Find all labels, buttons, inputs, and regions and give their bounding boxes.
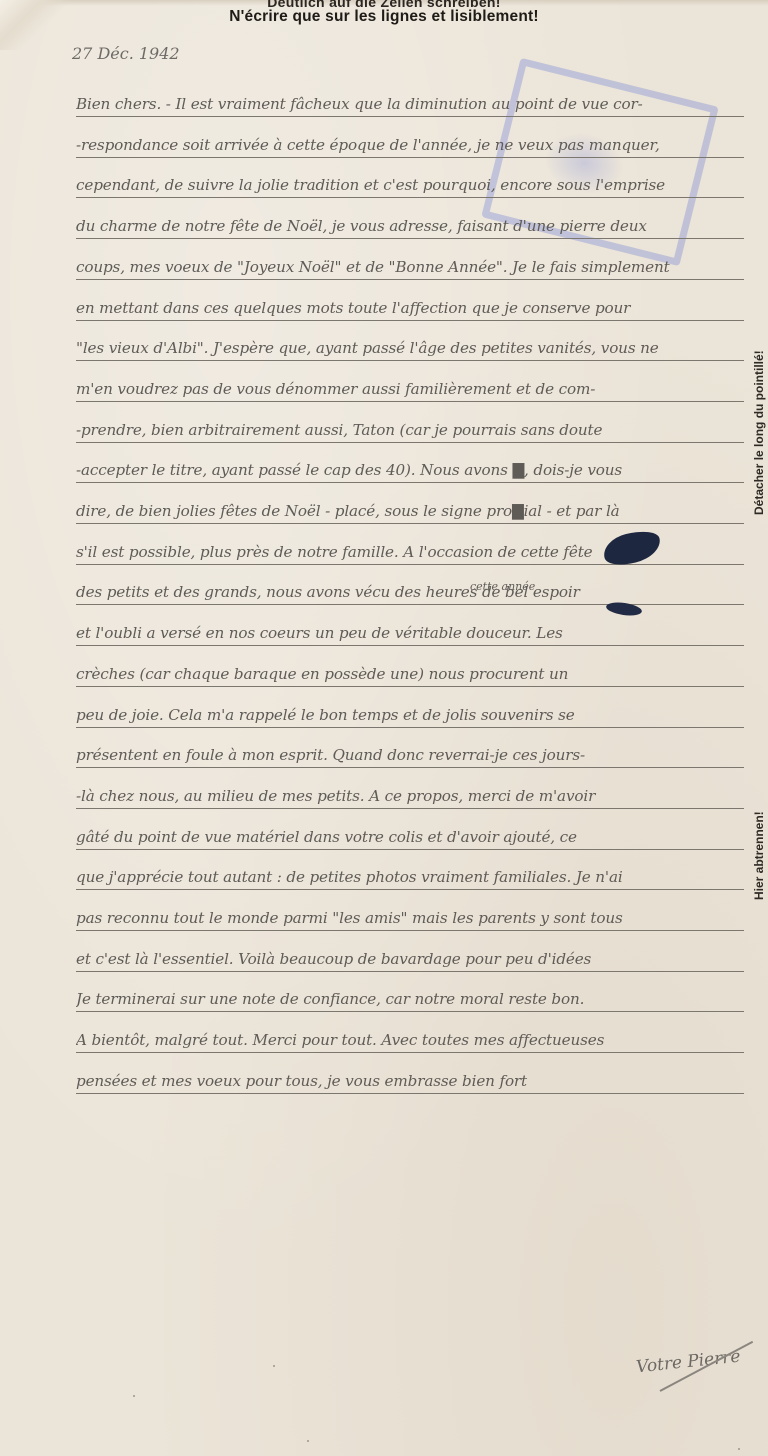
margin-instruction-detach: Détacher le long du pointillé! xyxy=(752,350,766,515)
handwritten-line: gâté du point de vue matériel dans votre… xyxy=(76,828,748,846)
ruled-line xyxy=(76,238,744,239)
ruled-line xyxy=(76,645,744,646)
ruled-line xyxy=(76,442,744,443)
paper-speck xyxy=(133,1395,135,1397)
ruled-line xyxy=(76,889,744,890)
handwritten-line: peu de joie. Cela m'a rappelé le bon tem… xyxy=(76,706,748,724)
handwritten-line: -accepter le titre, ayant passé le cap d… xyxy=(76,461,748,479)
handwritten-line: et l'oubli a versé en nos coeurs un peu … xyxy=(76,624,748,642)
ruled-line xyxy=(76,279,744,280)
ruled-line xyxy=(76,1011,744,1012)
handwritten-line: A bientôt, malgré tout. Merci pour tout.… xyxy=(76,1031,748,1049)
paper-speck xyxy=(307,1440,309,1442)
margin-instruction-tear: Hier abtrennen! xyxy=(752,811,766,900)
handwritten-line: -respondance soit arrivée à cette époque… xyxy=(76,136,748,154)
ruled-line xyxy=(76,727,744,728)
paper-speck xyxy=(738,1448,740,1450)
ruled-line xyxy=(76,1093,744,1094)
ruled-line xyxy=(76,360,744,361)
ruled-line xyxy=(76,401,744,402)
handwritten-line: "les vieux d'Albi". J'espère que, ayant … xyxy=(76,339,748,357)
ruled-line xyxy=(76,197,744,198)
ruled-line xyxy=(76,320,744,321)
ruled-line xyxy=(76,971,744,972)
ruled-line xyxy=(76,482,744,483)
ruled-line xyxy=(76,1052,744,1053)
handwritten-line: Bien chers. - Il est vraiment fâcheux qu… xyxy=(76,95,748,113)
handwritten-line: Je terminerai sur une note de confiance,… xyxy=(76,990,748,1008)
paper-speck xyxy=(273,1365,275,1367)
handwritten-line: pensées et mes voeux pour tous, je vous … xyxy=(76,1072,748,1090)
ruled-line xyxy=(76,808,744,809)
handwritten-line: coups, mes voeux de "Joyeux Noël" et de … xyxy=(76,258,748,276)
handwritten-line: -prendre, bien arbitrairement aussi, Tat… xyxy=(76,421,748,439)
handwritten-line: présentent en foule à mon esprit. Quand … xyxy=(76,746,748,764)
ruled-line xyxy=(76,767,744,768)
letter-date: 27 Déc. 1942 xyxy=(72,44,180,63)
handwritten-line: crèches (car chaque baraque en possède u… xyxy=(76,665,748,683)
ruled-line xyxy=(76,116,744,117)
printed-header-french: N'écrire que sur les lignes et lisibleme… xyxy=(0,8,768,26)
handwritten-line: m'en voudrez pas de vous dénommer aussi … xyxy=(76,380,748,398)
ruled-line xyxy=(76,849,744,850)
interlinear-insertion: cette année xyxy=(470,580,535,593)
handwritten-line: dire, de bien jolies fêtes de Noël - pla… xyxy=(76,502,748,520)
ruled-line xyxy=(76,157,744,158)
handwritten-line: en mettant dans ces quelques mots toute … xyxy=(76,299,748,317)
ruled-line xyxy=(76,604,744,605)
handwritten-line: -là chez nous, au milieu de mes petits. … xyxy=(76,787,748,805)
handwritten-line: que j'apprécie tout autant : de petites … xyxy=(76,868,748,886)
ruled-line xyxy=(76,686,744,687)
ruled-line xyxy=(76,523,744,524)
handwritten-line: du charme de notre fête de Noël, je vous… xyxy=(76,217,748,235)
ruled-line xyxy=(76,930,744,931)
handwritten-line: et c'est là l'essentiel. Voilà beaucoup … xyxy=(76,950,748,968)
handwritten-line: des petits et des grands, nous avons véc… xyxy=(76,583,748,601)
handwritten-line: pas reconnu tout le monde parmi "les ami… xyxy=(76,909,748,927)
handwritten-line: cependant, de suivre la jolie tradition … xyxy=(76,176,748,194)
ruled-line xyxy=(76,564,744,565)
